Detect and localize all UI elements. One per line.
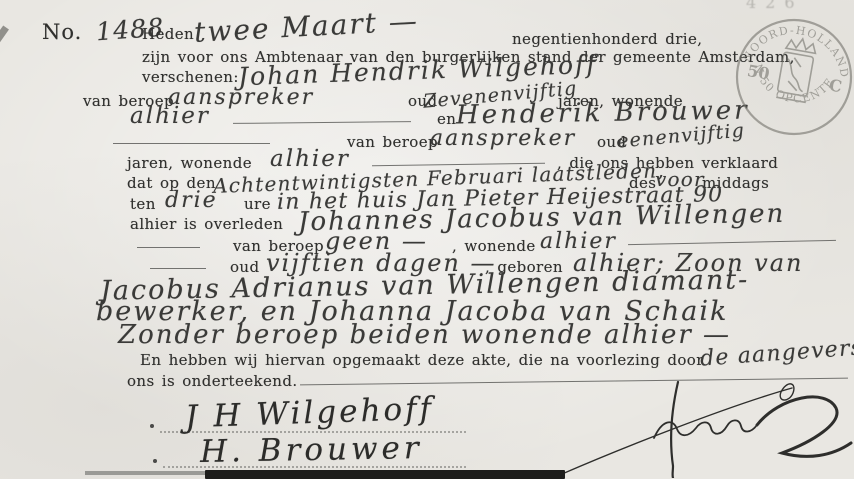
printed-van-beroep-2: van beroep [347,133,438,151]
handwritten-residence-1: alhier [130,103,210,129]
printed-overleden-label: alhier is overleden [130,215,283,233]
stamp-arc-bottom-text: EN 50 OPCENTEN [724,6,849,112]
blank-rule [233,121,411,124]
signature-declarant2: H. Brouwer [200,430,423,470]
signature-declarant1: J H Wilgehoff [184,391,434,436]
printed-ten: ten [130,195,156,213]
death-certificate-scan: 426 No. 1488 Heden twee Maart — negentie… [0,0,854,479]
printed-onderteekend: ons is onderteekend. [127,372,298,390]
stamp-value-right: C [828,75,844,96]
stamp-value-left: 50 [746,61,771,84]
printed-jaren-wonende-2: jaren, wonende [127,154,252,172]
signature-dot [150,424,154,428]
scan-edge-band-dark [205,470,565,479]
printed-ure: ure [244,195,271,213]
registrar-signature-flourish [560,376,854,478]
svg-text:EN 50 OPCENTEN: EN 50 OPCENTEN [724,6,849,112]
handwritten-parents-residence: Zonder beroep beiden wonende alhier — [118,320,731,350]
handwritten-declarant2-occupation: aanspreker [430,126,576,151]
printed-year: negentienhonderd drie, [512,30,702,48]
revenue-stamp: NOORD-HOLLAND EN 50 OPCENTEN 50 C [723,6,854,147]
printed-opgemaakt-line: En hebben wij hiervan opgemaakt deze akt… [140,351,704,369]
act-number-label: No. [42,20,82,44]
blank-rule [150,268,206,269]
blank-rule [137,247,200,248]
signature-dot [153,459,157,463]
scan-corner-mark [0,25,9,42]
handwritten-death-hour: drie [165,188,218,213]
blank-rule [628,240,836,245]
scan-edge-band-light [85,471,210,475]
blank-rule [113,143,270,144]
handwritten-residence-2: alhier [270,146,350,172]
printed-heden: Heden [142,25,194,43]
printed-verschenen: verschenen: [142,68,239,86]
handwritten-registration-date: twee Maart — [193,4,419,49]
